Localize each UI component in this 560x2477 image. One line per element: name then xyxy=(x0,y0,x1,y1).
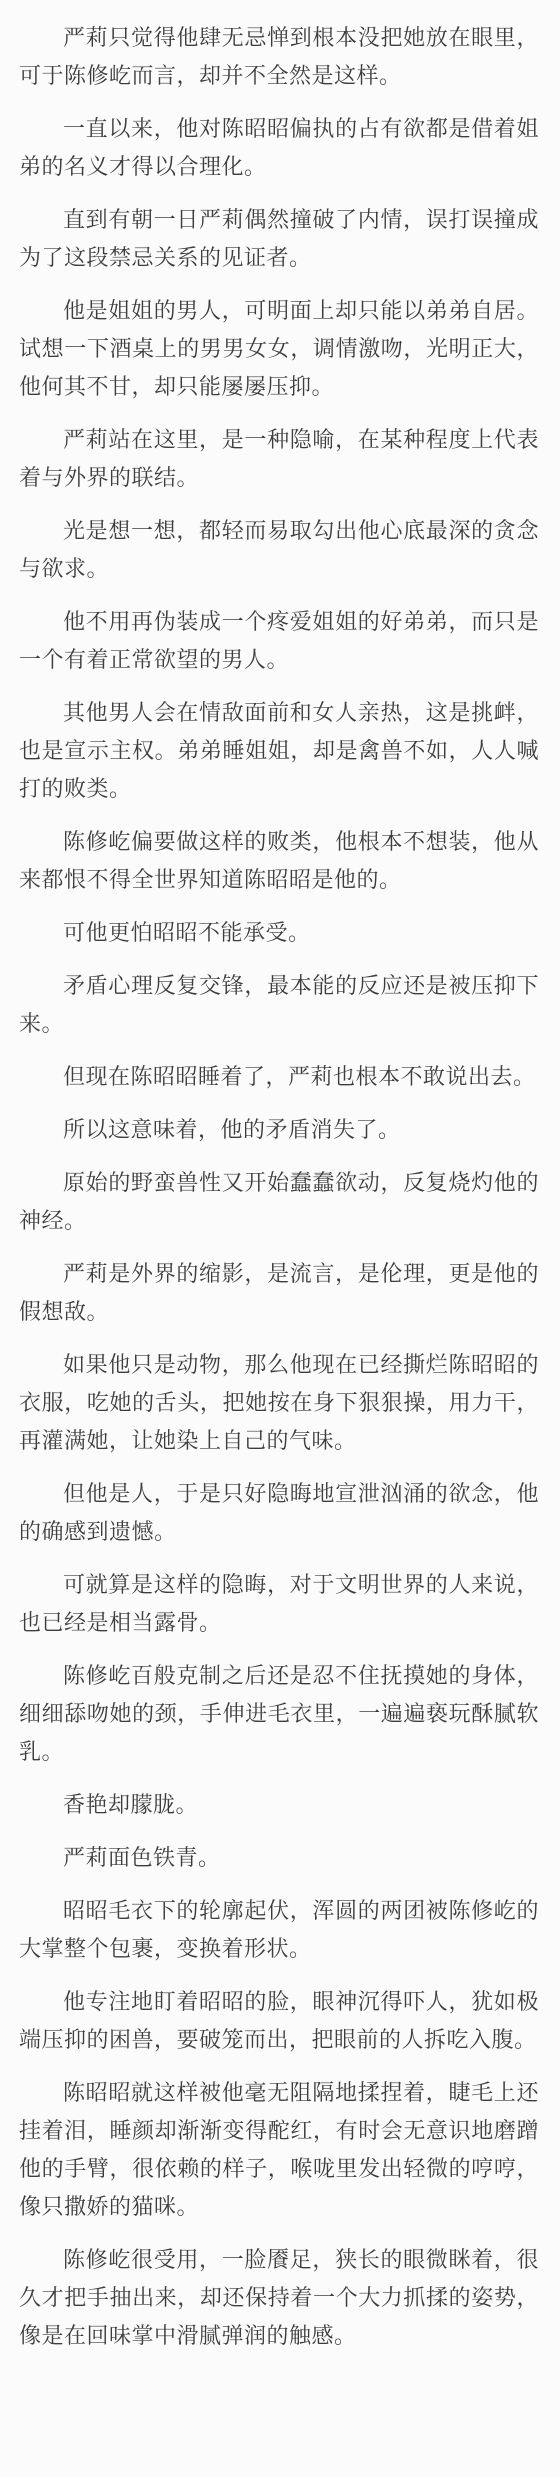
paragraph: 严莉只觉得他肆无忌惮到根本没把她放在眼里，可于陈修屹而言，却并不全然是这样。 xyxy=(19,19,539,95)
paragraph: 昭昭毛衣下的轮廓起伏，浑圆的两团被陈修屹的大掌整个包裹，变换着形状。 xyxy=(19,1892,539,1968)
paragraph: 严莉是外界的缩影，是流言，是伦理，更是他的假想敌。 xyxy=(19,1255,539,1331)
paragraph: 如果他只是动物，那么他现在已经撕烂陈昭昭的衣服，吃她的舌头，把她按在身下狠狠操，… xyxy=(19,1346,539,1460)
paragraph: 直到有朝一日严莉偶然撞破了内情，误打误撞成为了这段禁忌关系的见证者。 xyxy=(19,201,539,277)
paragraph: 他不用再伪装成一个疼爱姐姐的好弟弟，而只是一个有着正常欲望的男人。 xyxy=(19,603,539,679)
paragraph: 陈修屹很受用，一脸餍足，狭长的眼微眯着，很久才把手抽出来，却还保持着一个大力抓揉… xyxy=(19,2241,539,2355)
paragraph: 原始的野蛮兽性又开始蠢蠢欲动，反复烧灼他的神经。 xyxy=(19,1164,539,1240)
paragraph: 可他更怕昭昭不能承受。 xyxy=(19,914,539,952)
paragraph: 可就算是这样的隐晦，对于文明世界的人来说，也已经是相当露骨。 xyxy=(19,1566,539,1642)
paragraph: 严莉面色铁青。 xyxy=(19,1839,539,1877)
paragraph: 陈修屹百般克制之后还是忍不住抚摸她的身体，细细舔吻她的颈，手伸进毛衣里，一遍遍亵… xyxy=(19,1657,539,1771)
paragraph: 他专注地盯着昭昭的脸，眼神沉得吓人，犹如极端压抑的困兽，要破笼而出，把眼前的人拆… xyxy=(19,1983,539,2059)
paragraph: 香艳却朦胧。 xyxy=(19,1786,539,1824)
paragraph: 矛盾心理反复交锋，最本能的反应还是被压抑下来。 xyxy=(19,967,539,1043)
paragraph: 严莉站在这里，是一种隐喻，在某种程度上代表着与外界的联结。 xyxy=(19,421,539,497)
paragraph: 陈修屹偏要做这样的败类，他根本不想装，他从来都恨不得全世界知道陈昭昭是他的。 xyxy=(19,823,539,899)
paragraph: 他是姐姐的男人，可明面上却只能以弟弟自居。试想一下酒桌上的男男女女，调情激吻，光… xyxy=(19,292,539,406)
paragraph: 其他男人会在情敌面前和女人亲热，这是挑衅，也是宣示主权。弟弟睡姐姐，却是禽兽不如… xyxy=(19,694,539,808)
paragraph: 所以这意味着，他的矛盾消失了。 xyxy=(19,1111,539,1149)
reader-page: 严莉只觉得他肆无忌惮到根本没把她放在眼里，可于陈修屹而言，却并不全然是这样。 一… xyxy=(0,0,560,2477)
novel-text: 严莉只觉得他肆无忌惮到根本没把她放在眼里，可于陈修屹而言，却并不全然是这样。 一… xyxy=(19,19,539,2355)
paragraph: 但他是人，于是只好隐晦地宣泄汹涌的欲念，他的确感到遗憾。 xyxy=(19,1475,539,1551)
paragraph: 光是想一想，都轻而易取勾出他心底最深的贪念与欲求。 xyxy=(19,512,539,588)
paragraph: 一直以来，他对陈昭昭偏执的占有欲都是借着姐弟的名义才得以合理化。 xyxy=(19,110,539,186)
paragraph: 陈昭昭就这样被他毫无阻隔地揉捏着，睫毛上还挂着泪，睡颜却渐渐变得酡红，有时会无意… xyxy=(19,2074,539,2226)
paragraph: 但现在陈昭昭睡着了，严莉也根本不敢说出去。 xyxy=(19,1058,539,1096)
